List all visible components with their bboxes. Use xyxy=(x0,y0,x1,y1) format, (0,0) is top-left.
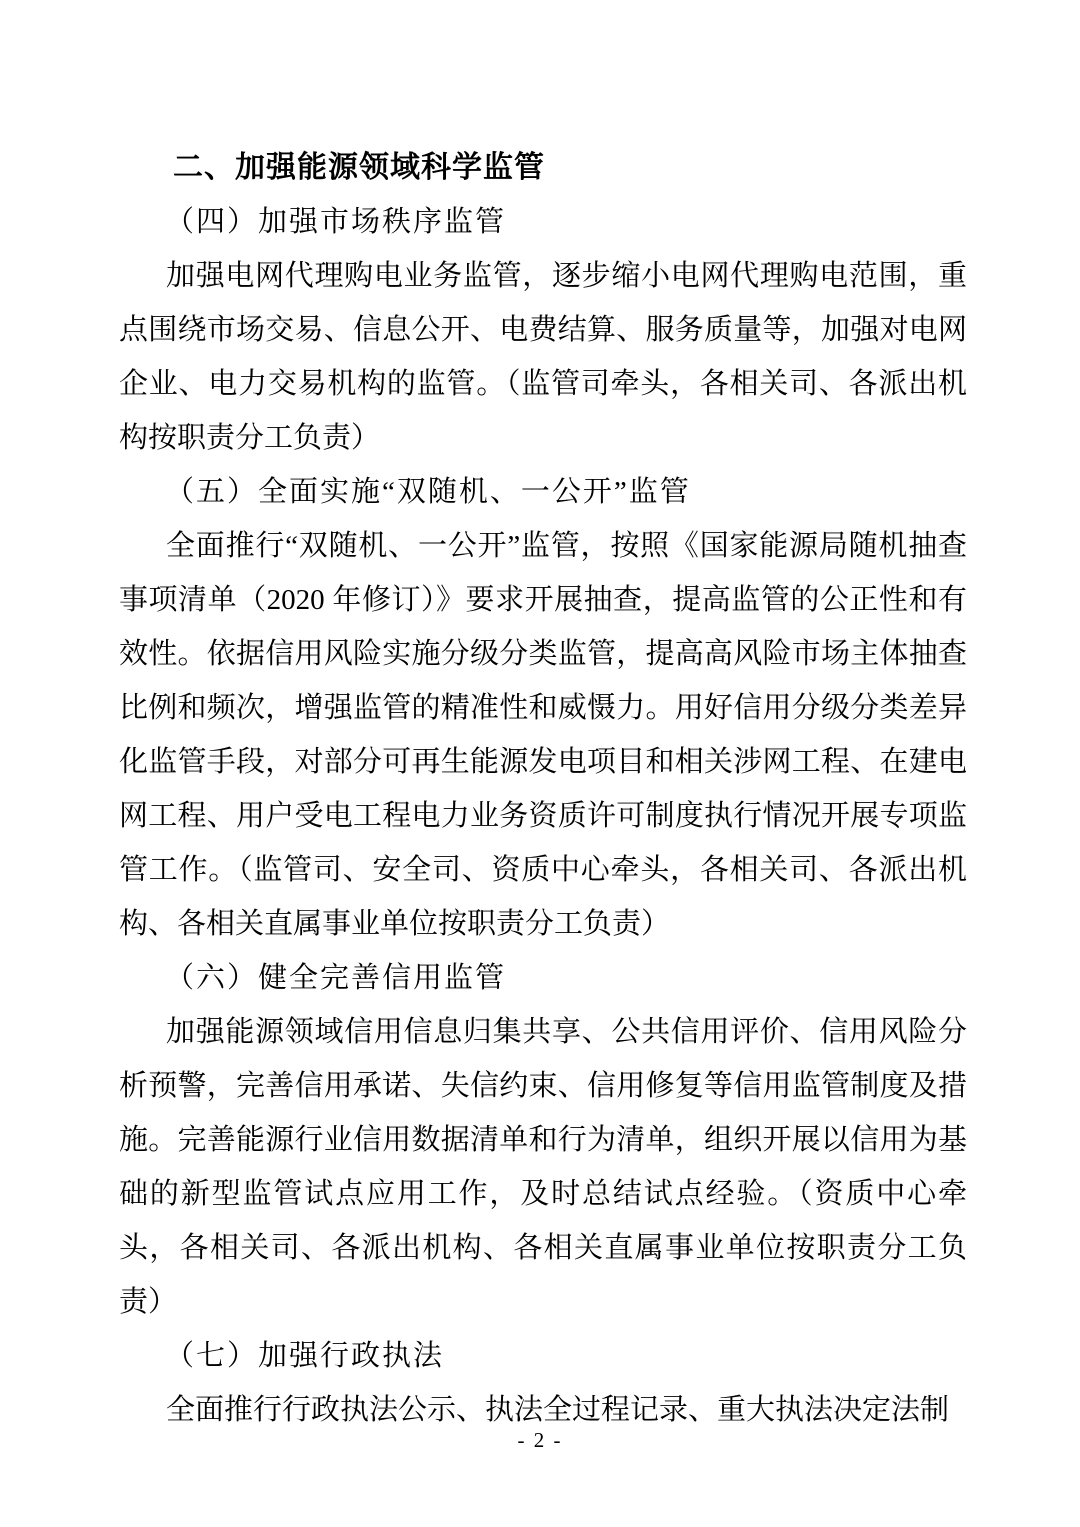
page-number: - 2 - xyxy=(0,1428,1080,1453)
section-heading: 二、加强能源领域科学监管 xyxy=(119,141,967,195)
page-content: 二、加强能源领域科学监管 （四）加强市场秩序监管 加强电网代理购电业务监管，逐步… xyxy=(119,141,967,1437)
subsection-heading-7: （七）加强行政执法 xyxy=(119,1329,967,1383)
subsection-heading-4: （四）加强市场秩序监管 xyxy=(119,195,967,249)
document-page: 二、加强能源领域科学监管 （四）加强市场秩序监管 加强电网代理购电业务监管，逐步… xyxy=(0,0,1080,1527)
subsection-heading-5: （五）全面实施“双随机、一公开”监管 xyxy=(119,465,967,519)
subsection-body-6: 加强能源领域信用信息归集共享、公共信用评价、信用风险分析预警，完善信用承诺、失信… xyxy=(119,1005,967,1329)
subsection-body-4: 加强电网代理购电业务监管，逐步缩小电网代理购电范围，重点围绕市场交易、信息公开、… xyxy=(119,249,967,465)
responsibility-annotation: （监管司、安全司、资质中心牵头，各相关司、各派出机构、各相关直属事业单位按职责分… xyxy=(119,854,967,940)
body-text: 全面推行“双随机、一公开”监管，按照《国家能源局随机抽查事项清单（2020 年修… xyxy=(119,530,967,886)
body-text: 全面推行行政执法公示、执法全过程记录、重大执法决定法制 xyxy=(166,1394,949,1426)
subsection-heading-6: （六）健全完善信用监管 xyxy=(119,951,967,1005)
subsection-body-5: 全面推行“双随机、一公开”监管，按照《国家能源局随机抽查事项清单（2020 年修… xyxy=(119,519,967,951)
